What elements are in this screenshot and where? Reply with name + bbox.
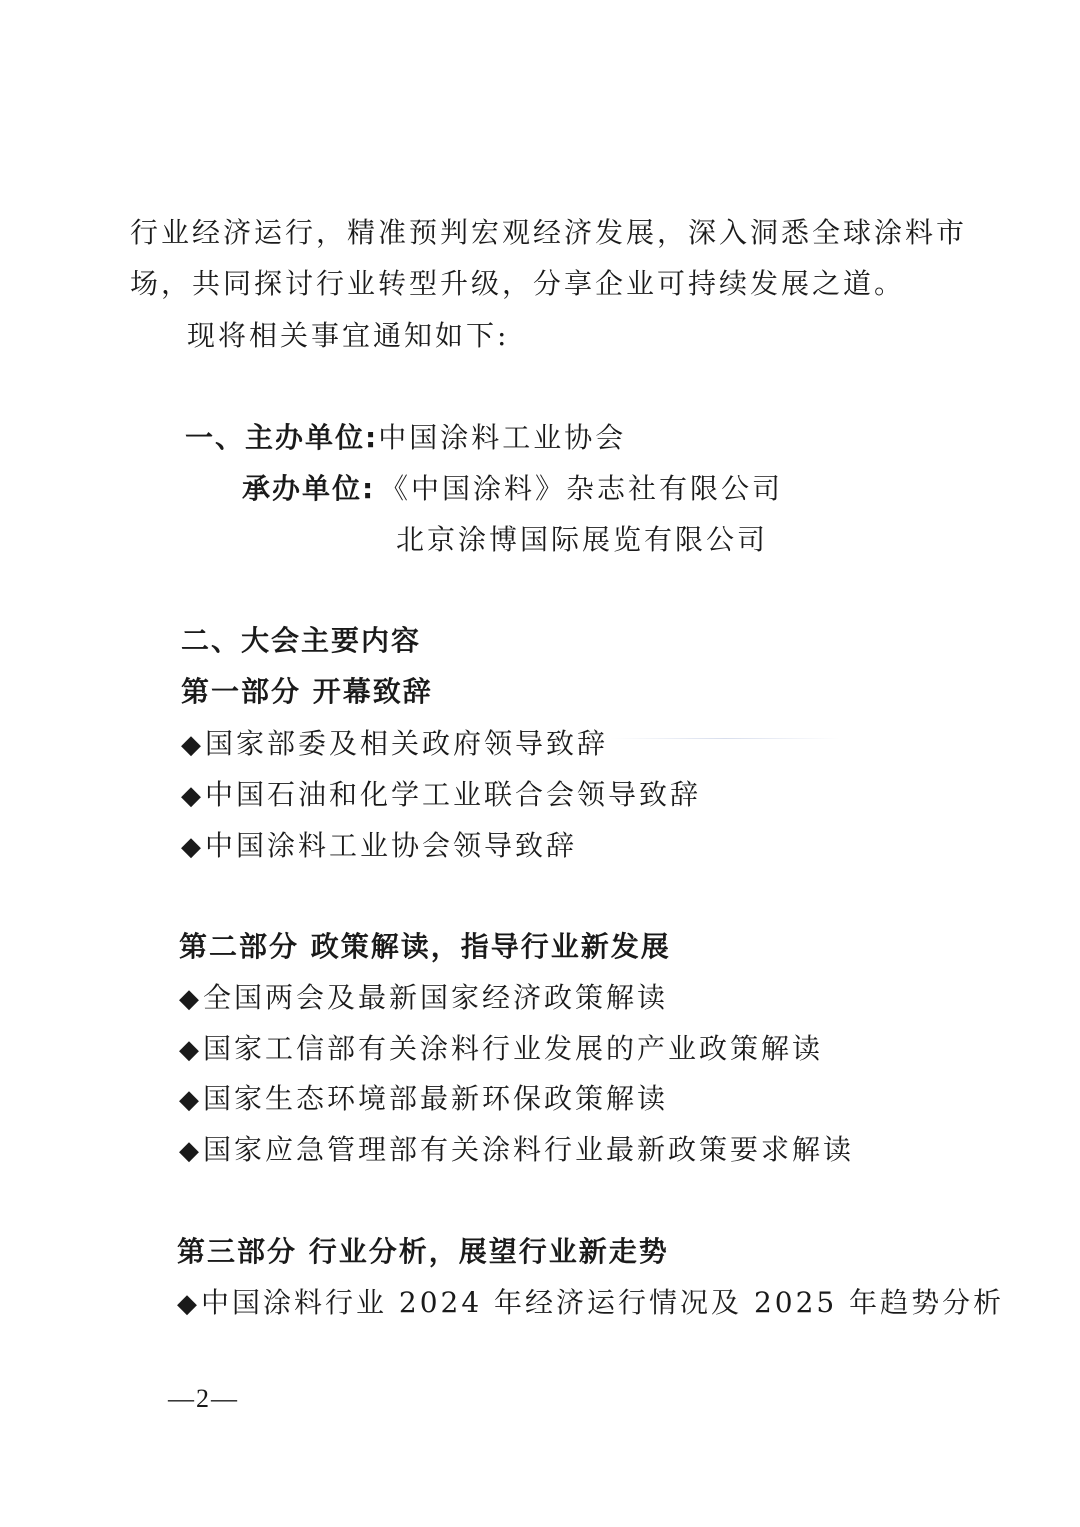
scan-artifact-line (610, 738, 840, 739)
diamond-bullet-icon: ◆ (181, 778, 203, 814)
list-item: ◆中国石油和化学工业联合会领导致辞 (181, 777, 701, 814)
part-2-title: 第二部分 政策解读，指导行业新发展 (179, 929, 671, 965)
organizer-1: 《中国涂料》杂志社有限公司 (380, 471, 783, 507)
host-value: 中国涂料工业协会 (378, 421, 626, 454)
list-item: ◆国家部委及相关政府领导致辞 (181, 726, 608, 763)
organizer-label: 承办单位: (242, 472, 375, 505)
intro-line-1: 行业经济运行，精准预判宏观经济发展，深入洞悉全球涂料市 (130, 215, 967, 251)
diamond-bullet-icon: ◆ (179, 1133, 201, 1169)
intro-line-2: 场，共同探讨行业转型升级，分享企业可持续发展之道。 (130, 266, 905, 302)
list-item: ◆国家生态环境部最新环保政策解读 (179, 1081, 668, 1118)
page-number: —2— (168, 1382, 239, 1416)
document-page: 行业经济运行，精准预判宏观经济发展，深入洞悉全球涂料市 场，共同探讨行业转型升级… (0, 0, 1080, 1527)
part-3-title: 第三部分 行业分析，展望行业新走势 (177, 1234, 669, 1270)
organizer-row: 承办单位: (242, 471, 375, 507)
organizer-2: 北京涂博国际展览有限公司 (396, 522, 768, 558)
host-row: 一、主办单位:中国涂料工业协会 (185, 420, 626, 456)
part-1-title: 第一部分 开幕致辞 (181, 674, 433, 710)
diamond-bullet-icon: ◆ (179, 981, 201, 1017)
list-item: ◆国家工信部有关涂料行业发展的产业政策解读 (179, 1031, 823, 1068)
list-item: ◆中国涂料行业 2024 年经济运行情况及 2025 年趋势分析 (177, 1285, 1004, 1322)
diamond-bullet-icon: ◆ (177, 1286, 199, 1322)
list-item: ◆全国两会及最新国家经济政策解读 (179, 980, 668, 1017)
notice-line: 现将相关事宜通知如下: (187, 318, 509, 354)
diamond-bullet-icon: ◆ (179, 1032, 201, 1068)
diamond-bullet-icon: ◆ (179, 1082, 201, 1118)
list-item: ◆国家应急管理部有关涂料行业最新政策要求解读 (179, 1132, 854, 1169)
list-item: ◆中国涂料工业协会领导致辞 (181, 828, 577, 865)
host-label: 一、主办单位: (185, 421, 378, 454)
diamond-bullet-icon: ◆ (181, 727, 203, 763)
section-2-title: 二、大会主要内容 (181, 623, 421, 659)
diamond-bullet-icon: ◆ (181, 829, 203, 865)
